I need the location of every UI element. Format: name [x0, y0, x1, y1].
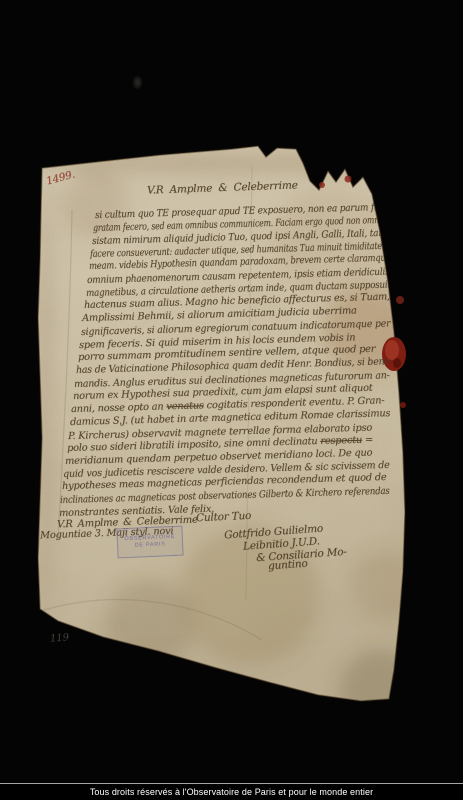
letter-valediction: Cultor Tuo	[196, 510, 252, 524]
copyright-caption: Tous droits réservés à l'Observatoire de…	[90, 787, 373, 797]
catalog-number-red-ink: 1499.	[45, 168, 76, 187]
pencil-folio-number: 119	[50, 632, 70, 644]
dust-smudge	[133, 76, 142, 89]
library-stamp-line2: DE PARIS	[135, 542, 166, 549]
library-stamp: OBSERVATOIRE DE PARIS	[116, 526, 183, 559]
page-background: { "footer": { "caption": "Tous droits ré…	[0, 0, 463, 800]
letter-salutation: V.R Amplme & Celeberrime	[147, 179, 298, 196]
screenshot-root: 1499. V.R Amplme & Celeberrime si cultum…	[0, 0, 463, 800]
signature-office-line2: guntino	[268, 558, 308, 573]
copyright-bar: Tous droits réservés à l'Observatoire de…	[0, 783, 463, 800]
